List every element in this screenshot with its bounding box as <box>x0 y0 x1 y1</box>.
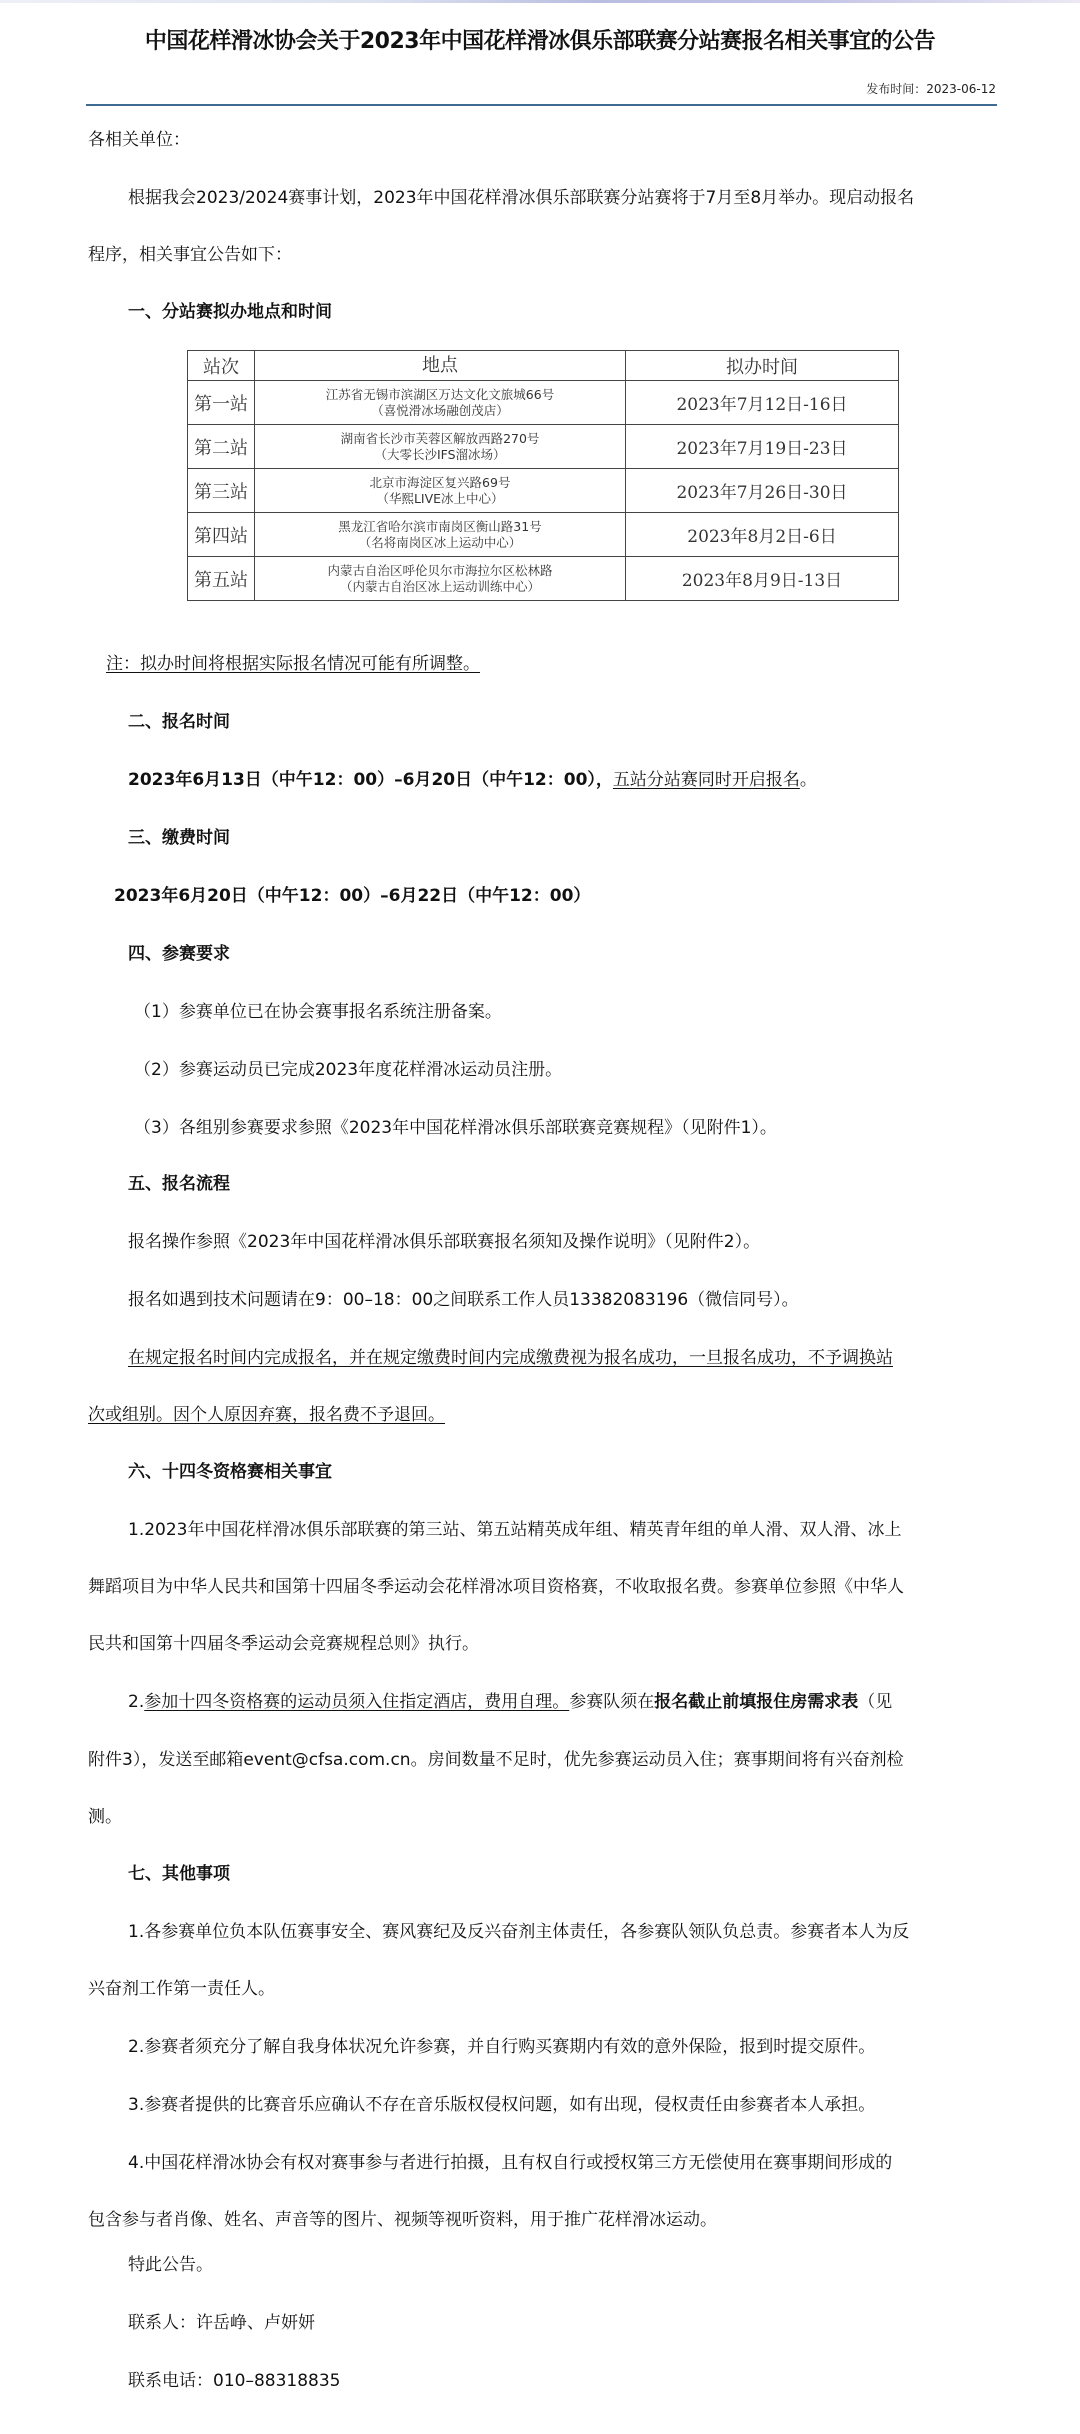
publish-date: 发布时间：2023-06-12 <box>866 80 996 97</box>
cell-station: 第二站 <box>188 425 255 469</box>
payment-period: 2023年6月20日（中午12：00）–6月22日（中午12：00） <box>114 884 590 908</box>
header-divider <box>86 104 997 106</box>
cell-station: 第一站 <box>188 381 255 425</box>
housing-form-deadline: 报名截止前填报住房需求表 <box>654 1692 858 1712</box>
other-p4-line1: 4.中国花样滑冰协会有权对赛事参与者进行拍摄，且有权自行或授权第三方无偿使用在赛… <box>128 2151 892 2175</box>
cell-venue: （喜悦滑冰场融创茂店） <box>255 403 625 419</box>
cell-venue: （华熙LIVE冰上中心） <box>255 491 625 507</box>
qualifier-p1-line3: 民共和国第十四届冬季运动会竞赛规程总则》执行。 <box>88 1632 479 1656</box>
qualifier-p1-line2: 舞蹈项目为中华人民共和国第十四届冬季运动会花样滑冰项目资格赛，不收取报名费。参赛… <box>88 1575 904 1599</box>
requirement-item: （1）参赛单位已在协会赛事报名系统注册备案。 <box>134 1000 502 1024</box>
section7-heading: 七、其他事项 <box>128 1862 230 1886</box>
closing-notice: 特此公告。 <box>128 2253 213 2277</box>
other-p4-line2: 包含参与者肖像、姓名、声音等的图片、视频等视听资料，用于推广花样滑冰运动。 <box>88 2208 717 2232</box>
cell-dates: 2023年7月12日-16日 <box>626 381 899 425</box>
qualifier-p2-line3: 测。 <box>88 1805 122 1829</box>
process-line1: 报名操作参照《2023年中国花样滑冰俱乐部联赛报名须知及操作说明》（见附件2）。 <box>128 1230 760 1254</box>
schedule-note: 注：拟办时间将根据实际报名情况可能有所调整。 <box>106 652 480 676</box>
table-row: 第五站 内蒙古自治区呼伦贝尔市海拉尔区松林路 （内蒙古自治区冰上运动训练中心） … <box>188 557 899 601</box>
col-header-station: 站次 <box>188 351 255 381</box>
cell-venue: （内蒙古自治区冰上运动训练中心） <box>255 579 625 595</box>
table-row: 第一站 江苏省无锡市滨湖区万达文化文旅城66号 （喜悦滑冰场融创茂店） 2023… <box>188 381 899 425</box>
registration-dates: 2023年6月13日（中午12：00）–6月20日（中午12：00）， <box>128 770 613 790</box>
registration-period: 2023年6月13日（中午12：00）–6月20日（中午12：00），五站分站赛… <box>128 768 817 792</box>
col-header-dates: 拟办时间 <box>626 351 899 381</box>
other-p3: 3.参赛者提供的比赛音乐应确认不存在音乐版权侵权问题，如有出现，侵权责任由参赛者… <box>128 2093 875 2117</box>
table-header-row: 站次 地点 拟办时间 <box>188 351 899 381</box>
table-row: 第三站 北京市海淀区复兴路69号 （华熙LIVE冰上中心） 2023年7月26日… <box>188 469 899 513</box>
cell-dates: 2023年8月2日-6日 <box>626 513 899 557</box>
process-rule-line1: 在规定报名时间内完成报名，并在规定缴费时间内完成缴费视为报名成功，一旦报名成功，… <box>128 1346 893 1370</box>
salutation: 各相关单位： <box>88 128 190 152</box>
page-title: 中国花样滑冰协会关于2023年中国花样滑冰俱乐部联赛分站赛报名相关事宜的公告 <box>0 24 1080 55</box>
section4-heading: 四、参赛要求 <box>128 942 230 966</box>
cell-location: 湖南省长沙市芙蓉区解放西路270号 （大零长沙IFS溜冰场） <box>255 425 626 469</box>
cell-station: 第四站 <box>188 513 255 557</box>
stations-table: 站次 地点 拟办时间 第一站 江苏省无锡市滨湖区万达文化文旅城66号 （喜悦滑冰… <box>187 350 899 601</box>
cell-address: 黑龙江省哈尔滨市南岗区衡山路31号 <box>255 519 625 535</box>
requirement-item: （2）参赛运动员已完成2023年度花样滑冰运动员注册。 <box>134 1058 562 1082</box>
col-header-location: 地点 <box>255 351 626 381</box>
cell-station: 第五站 <box>188 557 255 601</box>
intro-paragraph-line1: 根据我会2023/2024赛事计划，2023年中国花样滑冰俱乐部联赛分站赛将于7… <box>128 186 914 210</box>
cell-location: 内蒙古自治区呼伦贝尔市海拉尔区松林路 （内蒙古自治区冰上运动训练中心） <box>255 557 626 601</box>
cell-address: 北京市海淀区复兴路69号 <box>255 475 625 491</box>
requirement-item: （3）各组别参赛要求参照《2023年中国花样滑冰俱乐部联赛竞赛规程》（见附件1）… <box>134 1116 777 1140</box>
cell-venue: （大零长沙IFS溜冰场） <box>255 447 625 463</box>
process-line2: 报名如遇到技术问题请在9：00–18：00之间联系工作人员13382083196… <box>128 1288 799 1312</box>
intro-paragraph-line2: 程序，相关事宜公告如下： <box>88 243 292 267</box>
section6-heading: 六、十四冬资格赛相关事宜 <box>128 1460 332 1484</box>
cell-location: 黑龙江省哈尔滨市南岗区衡山路31号 （名将南岗区冰上运动中心） <box>255 513 626 557</box>
table-row: 第二站 湖南省长沙市芙蓉区解放西路270号 （大零长沙IFS溜冰场） 2023年… <box>188 425 899 469</box>
section3-heading: 三、缴费时间 <box>128 826 230 850</box>
top-gradient-bar <box>0 0 1080 3</box>
cell-location: 江苏省无锡市滨湖区万达文化文旅城66号 （喜悦滑冰场融创茂店） <box>255 381 626 425</box>
cell-station: 第三站 <box>188 469 255 513</box>
cell-dates: 2023年7月26日-30日 <box>626 469 899 513</box>
section2-heading: 二、报名时间 <box>128 710 230 734</box>
contact-people: 联系人：许岳峥、卢妍妍 <box>128 2311 315 2335</box>
cell-address: 内蒙古自治区呼伦贝尔市海拉尔区松林路 <box>255 563 625 579</box>
other-p1-line1: 1.各参赛单位负本队伍赛事安全、赛风赛纪及反兴奋剂主体责任，各参赛队领队负总责。… <box>128 1920 909 1944</box>
period-punct: 。 <box>800 770 817 790</box>
qualifier-p2-line1: 2.参加十四冬资格赛的运动员须入住指定酒店，费用自理。参赛队须在报名截止前填报住… <box>128 1690 892 1714</box>
cell-address: 湖南省长沙市芙蓉区解放西路270号 <box>255 431 625 447</box>
qualifier-p2-line2: 附件3），发送至邮箱event@cfsa.com.cn。房间数量不足时，优先参赛… <box>88 1748 904 1772</box>
other-p2: 2.参赛者须充分了解自我身体状况允许参赛，并自行购买赛期内有效的意外保险，报到时… <box>128 2035 875 2059</box>
cell-dates: 2023年7月19日-23日 <box>626 425 899 469</box>
item-number: 2. <box>128 1692 144 1712</box>
cell-address: 江苏省无锡市滨湖区万达文化文旅城66号 <box>255 387 625 403</box>
contact-phone: 联系电话：010–88318835 <box>128 2369 340 2393</box>
cell-location: 北京市海淀区复兴路69号 （华熙LIVE冰上中心） <box>255 469 626 513</box>
hotel-requirement: 参加十四冬资格赛的运动员须入住指定酒店，费用自理。 <box>144 1692 569 1712</box>
registration-open-note: 五站分站赛同时开启报名 <box>613 770 800 790</box>
section1-heading: 一、分站赛拟办地点和时间 <box>128 300 332 324</box>
process-rule-line2: 次或组别。因个人原因弃赛，报名费不予退回。 <box>88 1403 445 1427</box>
other-p1-line2: 兴奋剂工作第一责任人。 <box>88 1977 275 2001</box>
section5-heading: 五、报名流程 <box>128 1172 230 1196</box>
table-row: 第四站 黑龙江省哈尔滨市南岗区衡山路31号 （名将南岗区冰上运动中心） 2023… <box>188 513 899 557</box>
cell-venue: （名将南岗区冰上运动中心） <box>255 535 625 551</box>
cell-dates: 2023年8月9日-13日 <box>626 557 899 601</box>
qualifier-p1-line1: 1.2023年中国花样滑冰俱乐部联赛的第三站、第五站精英成年组、精英青年组的单人… <box>128 1518 901 1542</box>
p2-mid-text: 参赛队须在 <box>569 1692 654 1712</box>
p2-tail-text: （见 <box>858 1692 892 1712</box>
